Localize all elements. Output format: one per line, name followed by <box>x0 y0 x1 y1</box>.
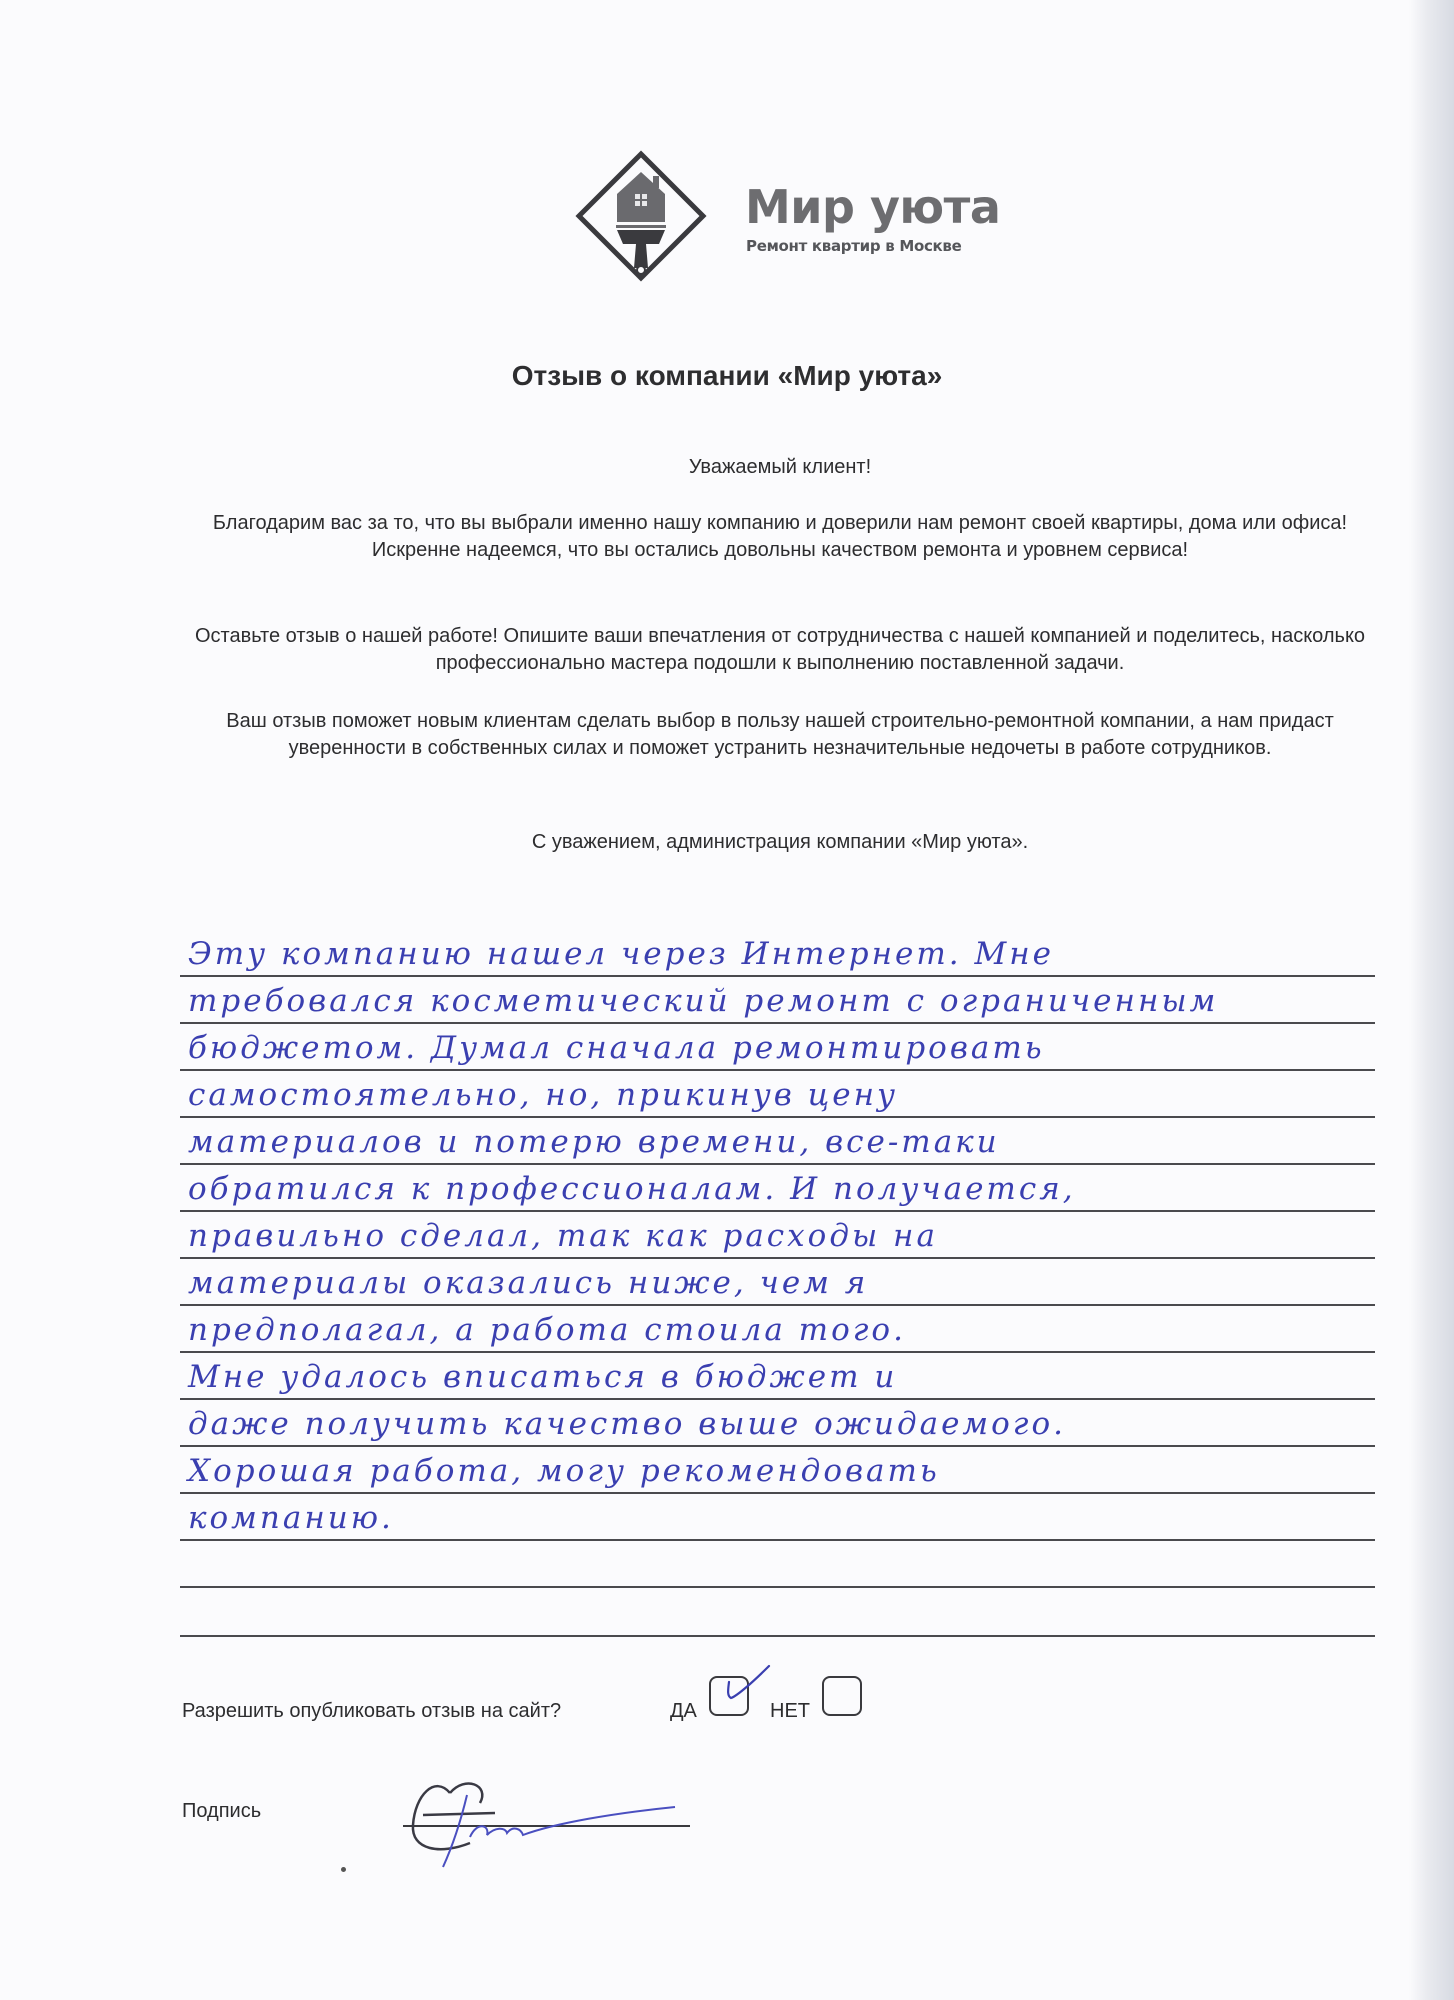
review-line: компанию. <box>188 1500 394 1536</box>
ruled-line <box>180 1586 1375 1588</box>
review-line: бюджетом. Думал сначала ремонтировать <box>188 1030 1045 1066</box>
ruled-line <box>180 1351 1375 1353</box>
publish-no-checkbox[interactable] <box>822 1676 862 1716</box>
ruled-line <box>180 1304 1375 1306</box>
letter-paragraph-2: Оставьте отзыв о нашей работе! Опишите в… <box>180 623 1380 677</box>
logo-name: Мир уюта <box>745 180 1000 234</box>
publish-yes-checkbox[interactable] <box>709 1676 749 1716</box>
ruled-line <box>180 1492 1375 1494</box>
review-line: Хорошая работа, могу рекомендовать <box>188 1453 940 1489</box>
review-line: предполагал, а работа стоила того. <box>188 1312 906 1348</box>
publish-no-label: НЕТ <box>770 1700 810 1723</box>
house-paintbrush-diamond-icon <box>575 150 707 282</box>
ruled-line <box>180 1635 1375 1637</box>
page-title: Отзыв о компании «Мир уюта» <box>0 360 1454 392</box>
letter-paragraph-3: Ваш отзыв поможет новым клиентам сделать… <box>180 708 1380 762</box>
ruled-line <box>180 1445 1375 1447</box>
scan-speck <box>341 1867 346 1872</box>
company-logo: Мир уюта Ремонт квартир в Москве <box>575 150 995 290</box>
review-line: Мне удалось вписаться в бюджет и <box>188 1359 897 1395</box>
review-line: материалы оказались ниже, чем я <box>188 1265 868 1301</box>
review-line: самостоятельно, но, прикинув цену <box>188 1077 898 1113</box>
scan-shadow-band <box>1409 0 1454 2000</box>
review-line: материалов и потерю времени, все-таки <box>188 1124 1000 1160</box>
publish-question: Разрешить опубликовать отзыв на сайт? <box>182 1700 561 1723</box>
signature-label: Подпись <box>182 1800 261 1823</box>
ruled-line <box>180 1116 1375 1118</box>
ruled-line <box>180 1539 1375 1541</box>
ruled-line <box>180 1069 1375 1071</box>
letter-closing: С уважением, администрация компании «Мир… <box>180 829 1380 856</box>
ruled-line <box>180 975 1375 977</box>
review-line: даже получить качество выше ожидаемого. <box>188 1406 1066 1442</box>
ruled-line <box>180 1257 1375 1259</box>
handwritten-signature <box>395 1755 695 1875</box>
ruled-line <box>180 1398 1375 1400</box>
ruled-line <box>180 1022 1375 1024</box>
review-line: правильно сделал, так как расходы на <box>188 1218 938 1254</box>
ruled-line <box>180 1163 1375 1165</box>
logo-tagline: Ремонт квартир в Москве <box>746 237 962 255</box>
letter-greeting: Уважаемый клиент! <box>180 454 1380 481</box>
publish-yes-label: ДА <box>670 1700 697 1723</box>
review-line: требовался косметический ремонт с ограни… <box>188 983 1218 1019</box>
review-line: обратился к профессионалам. И получается… <box>188 1171 1076 1207</box>
review-line: Эту компанию нашел через Интернет. Мне <box>188 936 1054 972</box>
letter-paragraph-1: Благодарим вас за то, что вы выбрали име… <box>180 510 1380 564</box>
ruled-line <box>180 1210 1375 1212</box>
